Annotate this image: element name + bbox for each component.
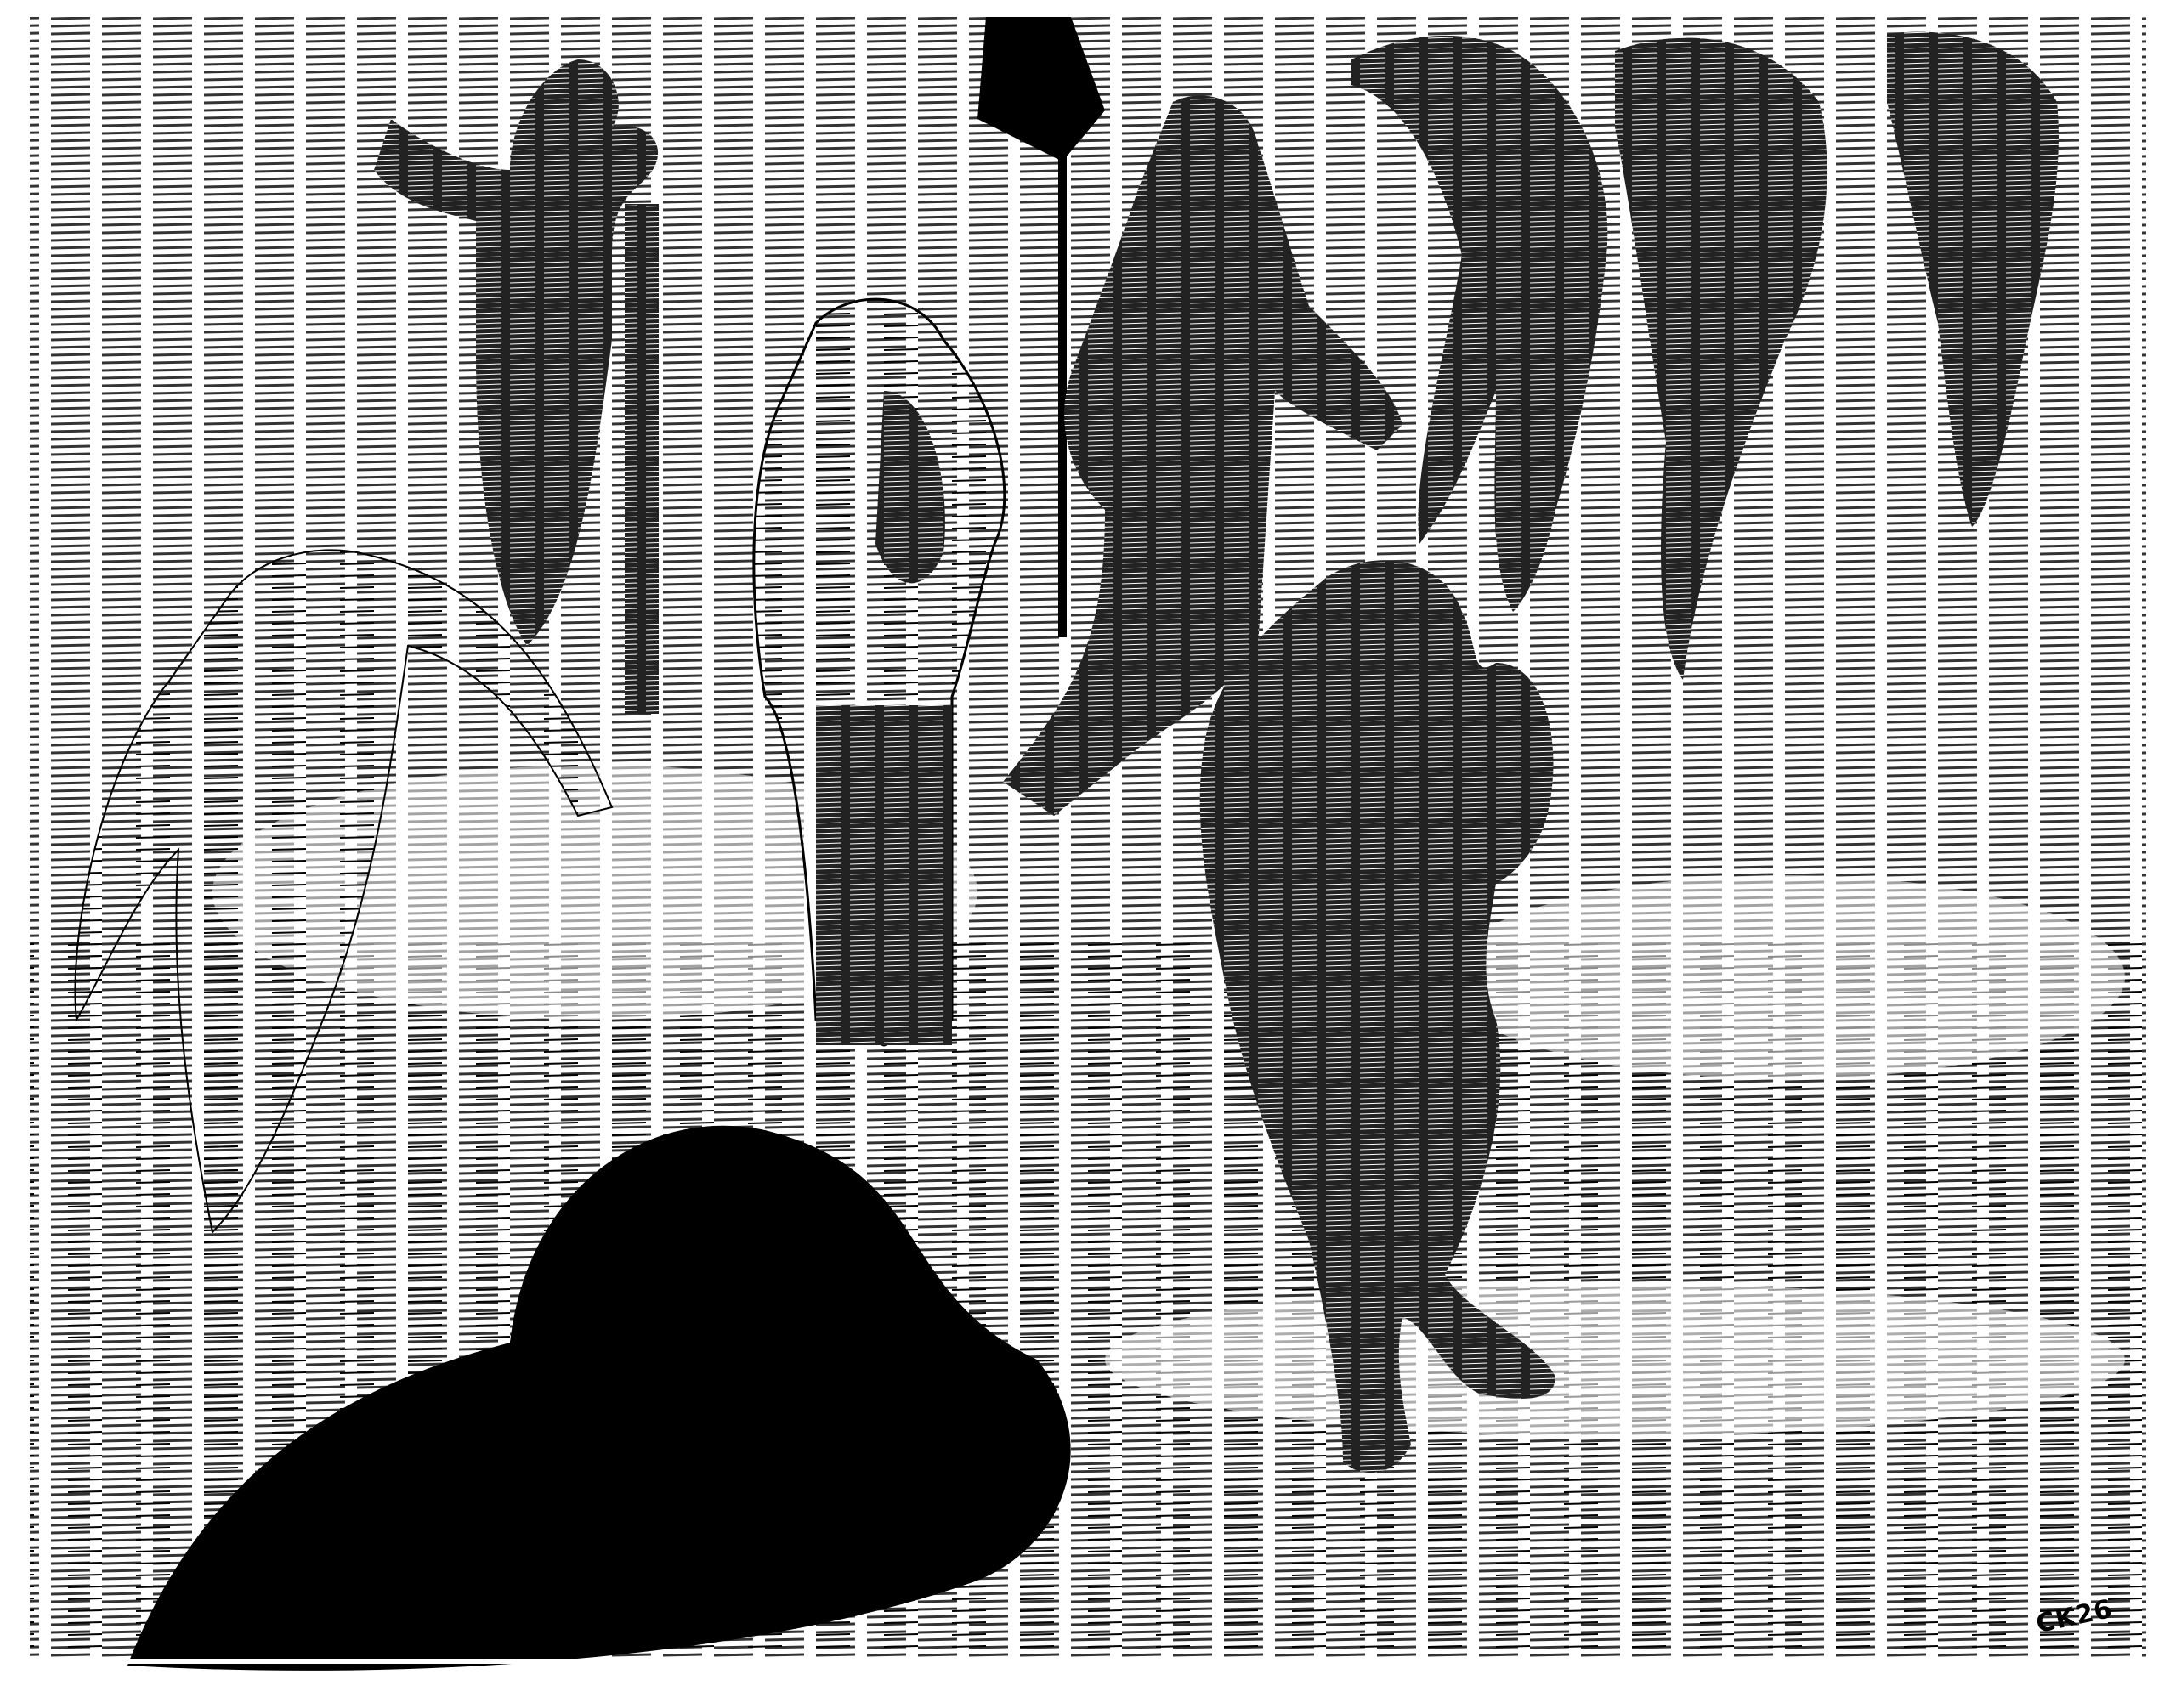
ink-drawing bbox=[0, 0, 2176, 1708]
